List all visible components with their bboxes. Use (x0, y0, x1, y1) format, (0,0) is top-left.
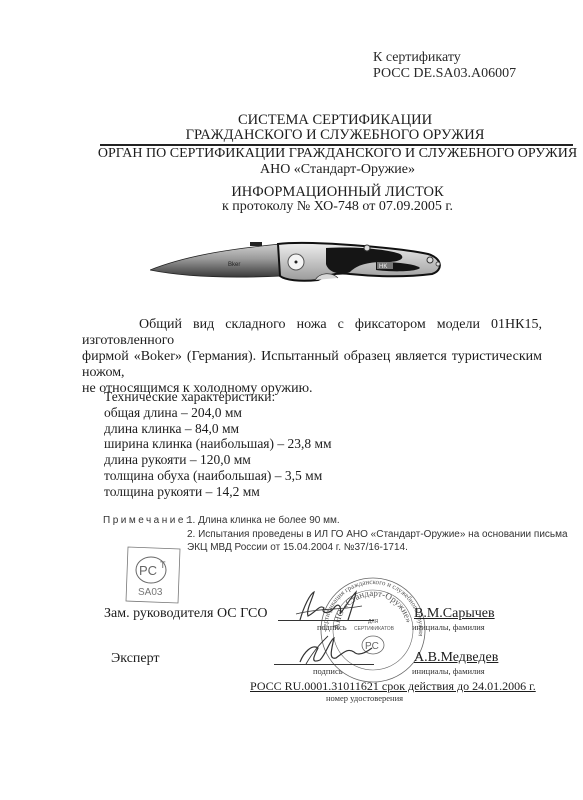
handle-mark: HK (379, 264, 387, 270)
document-subtitle: к протоколу № ХО-748 от 07.09.2005 г. (95, 199, 580, 215)
signatory-role-deputy-head: Зам. руководителя ОС ГСО (104, 606, 267, 622)
note-2: 2. Испытания проведены в ИЛ ГО АНО «Стан… (187, 529, 568, 554)
signature-line-2 (274, 664, 374, 665)
specs-title: Технические характеристики: (104, 389, 332, 405)
name-caption-2: инициалы, фамилия (412, 666, 485, 676)
spec-blade-length: длина клинка – 84,0 мм (104, 421, 332, 437)
name-caption-1: инициалы, фамилия (412, 622, 485, 632)
note-2-line1: 2. Испытания проведены в ИЛ ГО АНО «Стан… (187, 529, 568, 542)
stamp-code: SA03 (138, 587, 163, 598)
svg-text:PC: PC (139, 563, 157, 578)
pct-square-stamp: PC T SA03 (124, 545, 184, 610)
spec-blade-width: ширина клинка (наибольшая) – 23,8 мм (104, 436, 332, 452)
signature-line-1 (278, 620, 374, 621)
spec-handle-length: длина рукояти – 120,0 мм (104, 452, 332, 468)
organ-title: ОРГАН ПО СЕРТИФИКАЦИИ ГРАЖДАНСКОГО И СЛУ… (95, 146, 580, 162)
spec-total-length: общая длина – 204,0 мм (104, 405, 332, 421)
spec-handle-thickness: толщина рукояти – 14,2 мм (104, 484, 332, 500)
registration-caption: номер удостоверения (326, 693, 403, 703)
organ-name: АНО «Стандарт-Оружие» (95, 162, 580, 178)
blade-mark: Bker (228, 262, 240, 268)
signatory-name-2: А.В.Медведев (414, 650, 498, 666)
certificate-ref-number: РОСС DE.SA03.A06007 (373, 66, 516, 82)
knife-photo: Bker HK (150, 232, 450, 297)
signature-caption-2: подпись (313, 666, 343, 676)
signature-caption-1: подпись (317, 622, 347, 632)
certificate-ref-label: К сертификату (373, 50, 516, 66)
svg-text:T: T (160, 560, 166, 570)
technical-specs: Технические характеристики: общая длина … (104, 389, 332, 500)
certificate-reference: К сертификату РОСС DE.SA03.A06007 (373, 50, 516, 82)
note-1: 1. Длина клинка не более 90 мм. (187, 515, 340, 526)
notes-label: Примечание: (103, 515, 191, 526)
description-paragraph: Общий вид складного ножа с фиксатором мо… (82, 317, 542, 397)
signatory-name-1: В.М.Сарычев (414, 606, 495, 622)
description-line2: фирмой «Boker» (Германия). Испытанный об… (82, 349, 542, 381)
system-title-line2: ГРАЖДАНСКОГО И СЛУЖЕБНОГО ОРУЖИЯ (100, 127, 570, 144)
spec-spine-thickness: толщина обуха (наибольшая) – 3,5 мм (104, 468, 332, 484)
registration-number: РОСС RU.0001.31011621 срок действия до 2… (250, 679, 536, 694)
description-line1: Общий вид складного ножа с фиксатором мо… (82, 317, 542, 349)
note-2-line2: ЭКЦ МВД России от 15.04.2004 г. №37/16-1… (187, 542, 568, 555)
signatory-role-expert: Эксперт (111, 651, 160, 667)
